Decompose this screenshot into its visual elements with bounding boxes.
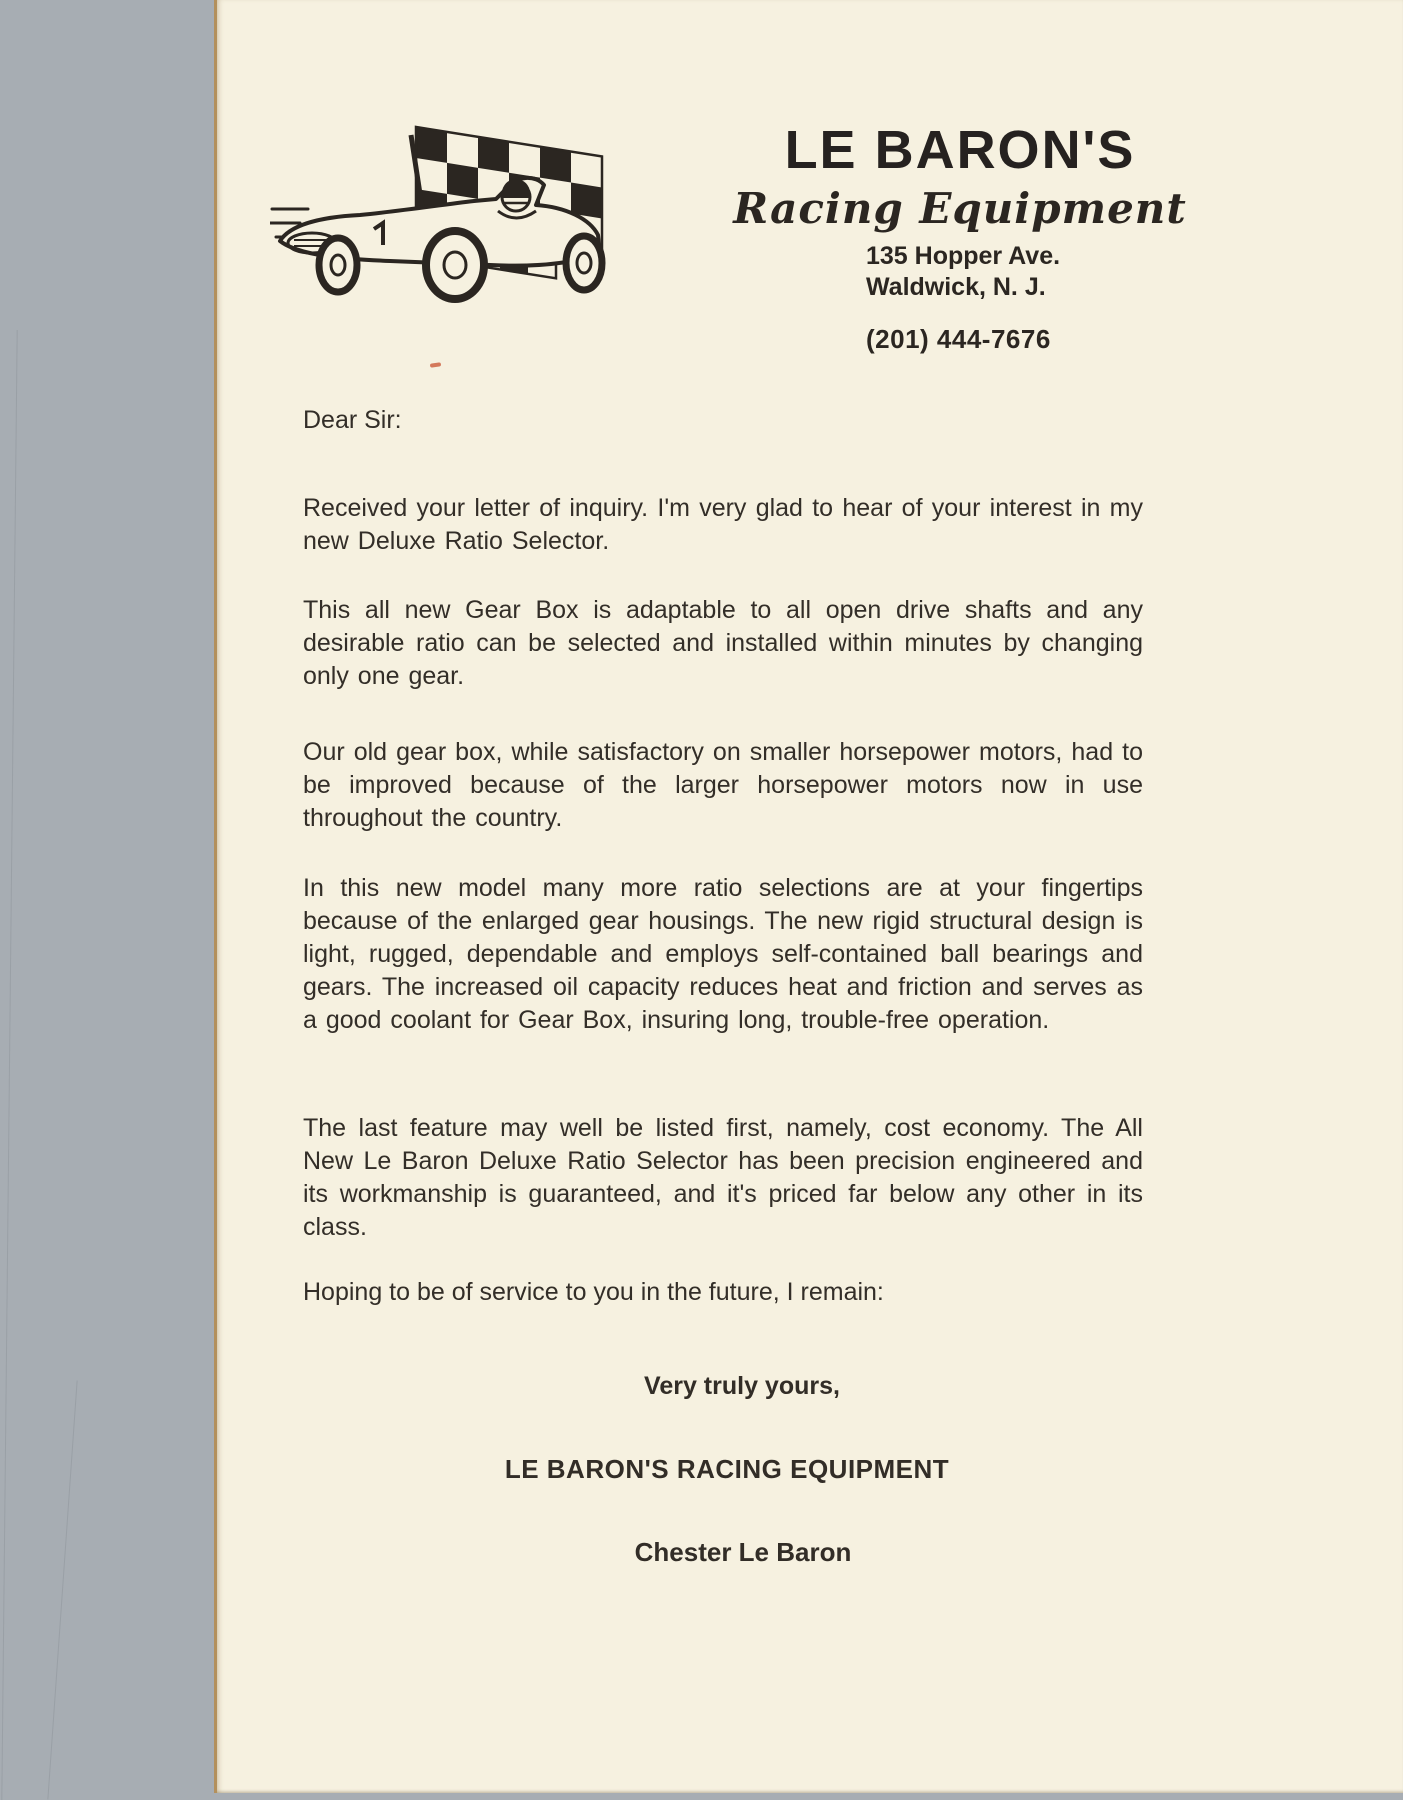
- letter-paragraph: This all new Gear Box is adaptable to al…: [303, 594, 1143, 693]
- letter-paragraph: Received your letter of inquiry. I'm ver…: [303, 492, 1143, 558]
- salutation: Dear Sir:: [303, 404, 402, 437]
- scanned-letter-page: LE BARON'S Racing Equipment 135 Hopper A…: [0, 0, 1403, 1800]
- valediction: Very truly yours,: [142, 1372, 1342, 1401]
- letter-paragraph: Our old gear box, while satisfactory on …: [303, 736, 1143, 835]
- letter-paragraph: The last feature may well be listed firs…: [303, 1112, 1143, 1244]
- letter-body: Dear Sir: Received your letter of inquir…: [0, 0, 1403, 1800]
- closing-line: Hoping to be of service to you in the fu…: [303, 1276, 884, 1309]
- signature-company: LE BARON'S RACING EQUIPMENT: [127, 1454, 1327, 1485]
- signature-name: Chester Le Baron: [143, 1537, 1343, 1568]
- letter-paragraph: In this new model many more ratio select…: [303, 872, 1143, 1037]
